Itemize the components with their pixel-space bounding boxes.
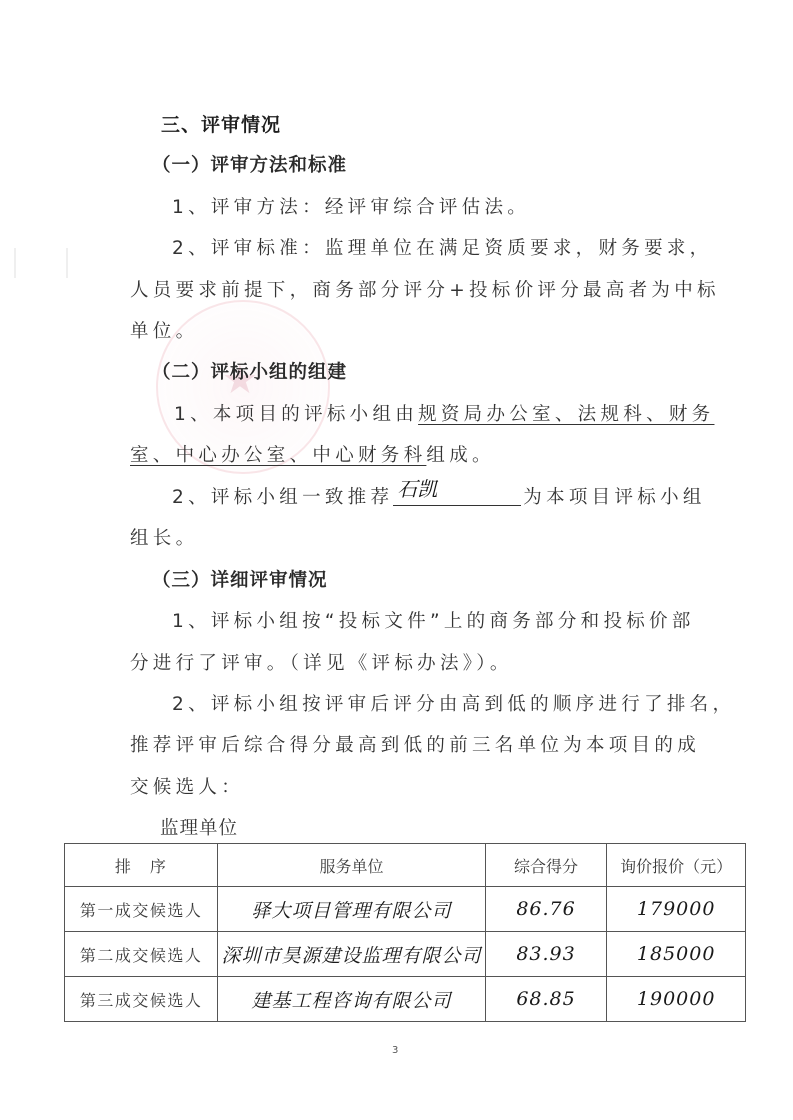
part2-title: （二）评标小组的组建: [152, 358, 347, 384]
table-row: 第三成交候选人 建基工程咨询有限公司 68.85 190000: [65, 977, 746, 1022]
signature-field: 石凯: [393, 487, 521, 506]
row-rank: 第一成交候选人: [65, 887, 218, 932]
part3-item1-line1: 1、评标小组按“投标文件”上的商务部分和投标价部: [172, 607, 695, 633]
part2-item2-prefix: 2、评标小组一致推荐: [172, 487, 393, 508]
table-row: 第二成交候选人 深圳市昊源建设监理有限公司 83.93 185000: [65, 932, 746, 977]
table-header-row: 排 序 服务单位 综合得分 询价报价（元）: [65, 844, 746, 887]
part3-title: （三）详细评审情况: [152, 566, 328, 592]
header-price: 询价报价（元）: [607, 844, 746, 887]
part2-item2-suffix: 为本项目评标小组: [523, 487, 705, 508]
part2-item1-line2: 室、中心办公室、中心财务科组成。: [130, 441, 495, 467]
part1-item2-line2: 人员要求前提下，商务部分评分+投标价评分最高者为中标: [130, 276, 720, 302]
row-company: 深圳市昊源建设监理有限公司: [218, 932, 485, 977]
part3-item1-line2: 分进行了评审。（详见《评标办法》）。: [130, 649, 513, 675]
part3-item2-line2: 推荐评审后综合得分最高到低的前三名单位为本项目的成: [130, 731, 700, 757]
part3-item2-line1: 2、评标小组按评审后评分由高到低的顺序进行了排名，: [172, 690, 735, 716]
part3-item2-line3: 交候选人：: [130, 773, 244, 799]
row-rank: 第二成交候选人: [65, 932, 218, 977]
leader-signature: 石凯: [397, 473, 437, 502]
page-number: 3: [392, 1045, 398, 1056]
part2-item2-line1: 2、评标小组一致推荐石凯为本项目评标小组: [172, 483, 706, 509]
row-price: 179000: [607, 887, 746, 932]
header-company: 服务单位: [218, 844, 485, 887]
part2-item1-prefix: 1、本项目的评标小组由: [174, 404, 418, 425]
candidates-table: 排 序 服务单位 综合得分 询价报价（元） 第一成交候选人 驿大项目管理有限公司…: [64, 843, 746, 1022]
part2-item1-line1: 1、本项目的评标小组由规资局办公室、法规科、财务: [174, 400, 714, 426]
part2-item2-line2: 组长。: [130, 524, 198, 550]
part2-item1-suffix: 组成。: [426, 445, 494, 466]
scan-artifact: [14, 248, 68, 278]
committee-members-underlined-cont: 室、中心办公室、中心财务科: [130, 445, 426, 466]
part1-item2-line1: 2、评审标准：监理单位在满足资质要求，财务要求，: [172, 234, 712, 260]
row-score: 68.85: [485, 977, 607, 1022]
header-rank: 排 序: [65, 844, 218, 887]
row-company: 建基工程咨询有限公司: [218, 977, 485, 1022]
part1-item1: 1、评审方法：经评审综合评估法。: [172, 193, 530, 219]
row-company: 驿大项目管理有限公司: [218, 887, 485, 932]
row-price: 185000: [607, 932, 746, 977]
part1-item2-line3: 单位。: [130, 317, 198, 343]
row-rank: 第三成交候选人: [65, 977, 218, 1022]
header-score: 综合得分: [485, 844, 607, 887]
table-row: 第一成交候选人 驿大项目管理有限公司 86.76 179000: [65, 887, 746, 932]
part1-title: （一）评审方法和标准: [152, 151, 347, 177]
section-title: 三、评审情况: [161, 110, 281, 137]
row-score: 86.76: [485, 887, 607, 932]
row-score: 83.93: [485, 932, 607, 977]
committee-members-underlined: 规资局办公室、法规科、财务: [418, 404, 714, 425]
table-caption: 监理单位: [160, 814, 238, 840]
row-price: 190000: [607, 977, 746, 1022]
